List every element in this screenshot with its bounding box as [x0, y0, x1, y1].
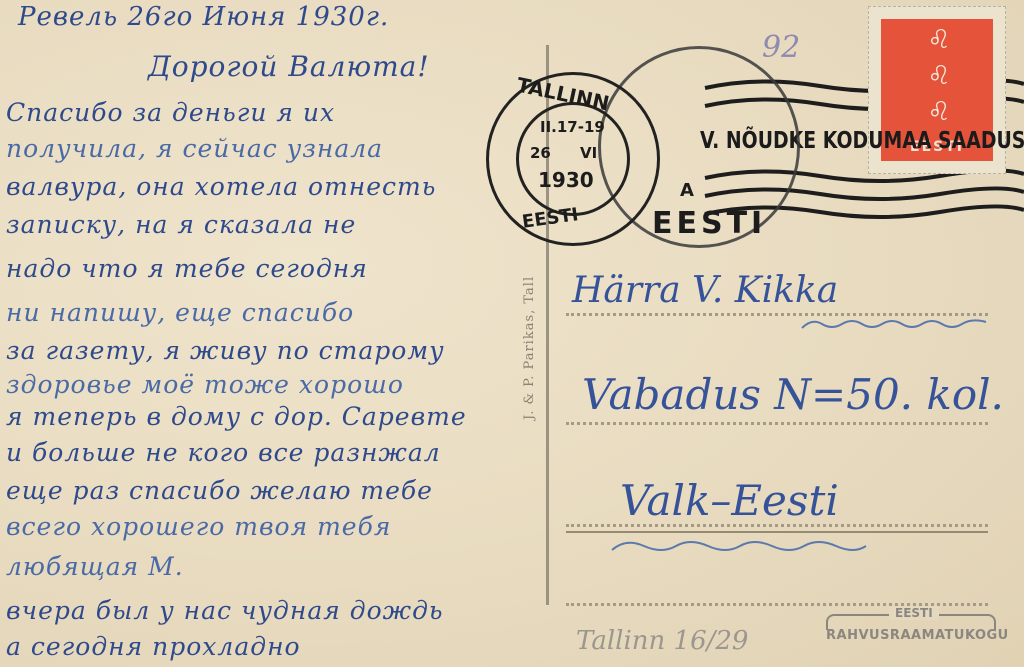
message-line: всего хорошего твоя тебя	[6, 512, 391, 541]
message-line: а сегодня прохладно	[6, 632, 301, 661]
address-line-3-underline	[566, 531, 988, 533]
publisher-imprint: J. & P. Parikas, Tall	[522, 276, 537, 420]
message-line: я теперь в дому с дор. Саревте	[6, 402, 467, 431]
lion-icon: ♌︎	[899, 97, 979, 131]
machine-postmark-country: EESTI	[652, 206, 766, 241]
underline-squiggle	[610, 534, 870, 556]
postmark-time: II.17-19	[540, 118, 605, 136]
message-line: Спасибо за деньги я их	[6, 98, 335, 127]
postcard: Ревель 26го Июня 1930г. Дорогой Валюта! …	[0, 0, 1024, 667]
message-line: записку, на я сказала не	[6, 210, 356, 239]
message-greeting: Дорогой Валюта!	[148, 50, 430, 83]
library-stamp-name: RAHVUSRAAMATUKOGU	[826, 628, 1009, 643]
postmark-month: VI	[580, 144, 597, 162]
message-date: Ревель 26го Июня 1930г.	[18, 2, 389, 32]
message-line: за газету, я живу по старому	[6, 336, 445, 365]
message-line: вчера был у нас чудная дождь	[6, 596, 444, 625]
message-line: валвура, она хотела отнесть	[6, 172, 436, 201]
underline-squiggle	[800, 314, 990, 334]
message-line: и больше не кого все разнжал	[6, 438, 441, 467]
recipient-name: Härra V. Kikka	[572, 270, 838, 311]
lion-icon: ♌︎	[899, 25, 979, 59]
postmark-day: 26	[530, 144, 551, 162]
message-line: надо что я тебе сегодня	[6, 254, 368, 283]
postmark-year: 1930	[538, 168, 594, 192]
message-line: еще раз спасибо желаю тебе	[6, 476, 433, 505]
message-line: получила, я сейчас узнала	[6, 134, 383, 163]
pencil-note-top: 92	[762, 30, 800, 65]
recipient-street: Vabadus N=50. kol.	[582, 370, 1004, 419]
machine-postmark-letter: A	[680, 180, 694, 201]
message-line: ни напишу, еще спасибо	[6, 298, 354, 327]
library-stamp-country: EESTI	[889, 606, 939, 620]
lion-icon: ♌︎	[899, 61, 979, 95]
message-line: здоровье моё тоже хорошо	[6, 370, 404, 399]
address-line-2	[566, 422, 988, 425]
message-line: любящая М.	[6, 552, 184, 581]
library-stamp: EESTI RAHVUSRAAMATUKOGU	[826, 606, 996, 646]
pencil-note-bottom: Tallinn 16/29	[576, 626, 748, 656]
recipient-city: Valk–Eesti	[620, 476, 839, 525]
